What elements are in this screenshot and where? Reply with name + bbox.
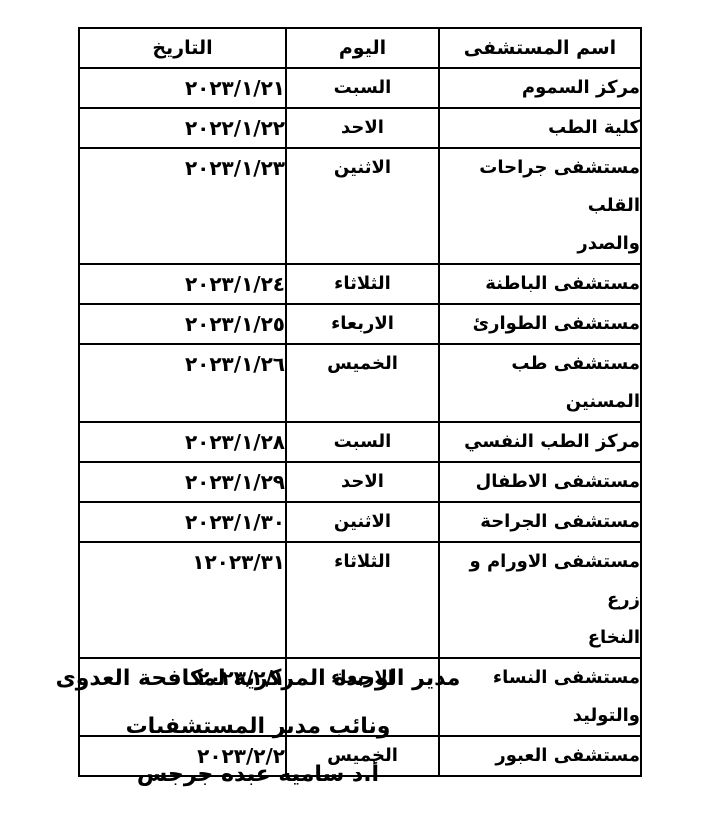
date-cell: ٢٠٢٣/١/٢٥ (79, 304, 286, 344)
signature-title-line: مدير الوحدة المركزية لمكافحة العدوى (48, 655, 468, 703)
date-cell: ٢٠٢٣/١/٢٣ (79, 148, 286, 264)
hospital-name-cell: مستشفى جراحات القلب والصدر (439, 148, 641, 264)
table-row: مستشفى الجراحة الاثنين ٢٠٢٣/١/٣٠ (79, 502, 641, 542)
hospital-name-cell: كلية الطب (439, 108, 641, 148)
day-cell: الاثنين (286, 502, 439, 542)
signature-block: مدير الوحدة المركزية لمكافحة العدوى ونائ… (48, 655, 468, 799)
table-row: كلية الطب الاحد ٢٠٢٢/١/٢٢ (79, 108, 641, 148)
header-row: اسم المستشفى اليوم التاريخ (79, 28, 641, 68)
hospital-name-cell: مستشفى الطوارئ (439, 304, 641, 344)
hospital-name-cell: مركز الطب النفسي (439, 422, 641, 462)
signature-name-line: أ.د ساميه عبده جرجس (48, 751, 468, 799)
signature-subtitle-line: ونائب مدير المستشفيات (48, 703, 468, 751)
table-row: مستشفى الطوارئ الاربعاء ٢٠٢٣/١/٢٥ (79, 304, 641, 344)
table-row: مستشفى الباطنة الثلاثاء ٢٠٢٣/١/٢٤ (79, 264, 641, 304)
table-row: مركز الطب النفسي السبت ٢٠٢٣/١/٢٨ (79, 422, 641, 462)
table-row: مستشفى طب المسنين الخميس ٢٠٢٣/١/٢٦ (79, 344, 641, 422)
header-cell-hospital: اسم المستشفى (439, 28, 641, 68)
day-cell: الاثنين (286, 148, 439, 264)
hospital-name-cell: مركز السموم (439, 68, 641, 108)
hospital-name-cell: مستشفى الجراحة (439, 502, 641, 542)
date-cell: ٢٠٢٣/١/٢١ (79, 68, 286, 108)
day-cell: الخميس (286, 344, 439, 422)
hospital-name-cell: مستشفى الاطفال (439, 462, 641, 502)
table-row: مستشفى الاطفال الاحد ٢٠٢٣/١/٢٩ (79, 462, 641, 502)
page-root: اسم المستشفى اليوم التاريخ مركز السموم ا… (0, 0, 720, 813)
day-cell: الاحد (286, 462, 439, 502)
day-cell: الاحد (286, 108, 439, 148)
table-row: مستشفى الاورام و زرع النخاع الثلاثاء ١٢٠… (79, 542, 641, 658)
hospital-name-cell: مستشفى النساء والتوليد (439, 658, 641, 736)
date-cell: ٢٠٢٣/١/٢٩ (79, 462, 286, 502)
header-cell-day: اليوم (286, 28, 439, 68)
date-cell: ٢٠٢٣/١/٣٠ (79, 502, 286, 542)
day-cell: السبت (286, 422, 439, 462)
table-row: مستشفى جراحات القلب والصدر الاثنين ٢٠٢٣/… (79, 148, 641, 264)
day-cell: الاربعاء (286, 304, 439, 344)
hospital-name-cell: مستشفى طب المسنين (439, 344, 641, 422)
hospital-name-cell: مستشفى الباطنة (439, 264, 641, 304)
hospital-name-cell: مستشفى الاورام و زرع النخاع (439, 542, 641, 658)
date-cell: ٢٠٢٢/١/٢٢ (79, 108, 286, 148)
date-cell: ٢٠٢٣/١/٢٤ (79, 264, 286, 304)
date-cell: ١٢٠٢٣/٣١ (79, 542, 286, 658)
table-row: مركز السموم السبت ٢٠٢٣/١/٢١ (79, 68, 641, 108)
day-cell: الثلاثاء (286, 264, 439, 304)
day-cell: السبت (286, 68, 439, 108)
date-cell: ٢٠٢٣/١/٢٦ (79, 344, 286, 422)
day-cell: الثلاثاء (286, 542, 439, 658)
date-cell: ٢٠٢٣/١/٢٨ (79, 422, 286, 462)
header-cell-date: التاريخ (79, 28, 286, 68)
hospital-name-cell: مستشفى العبور (439, 736, 641, 776)
